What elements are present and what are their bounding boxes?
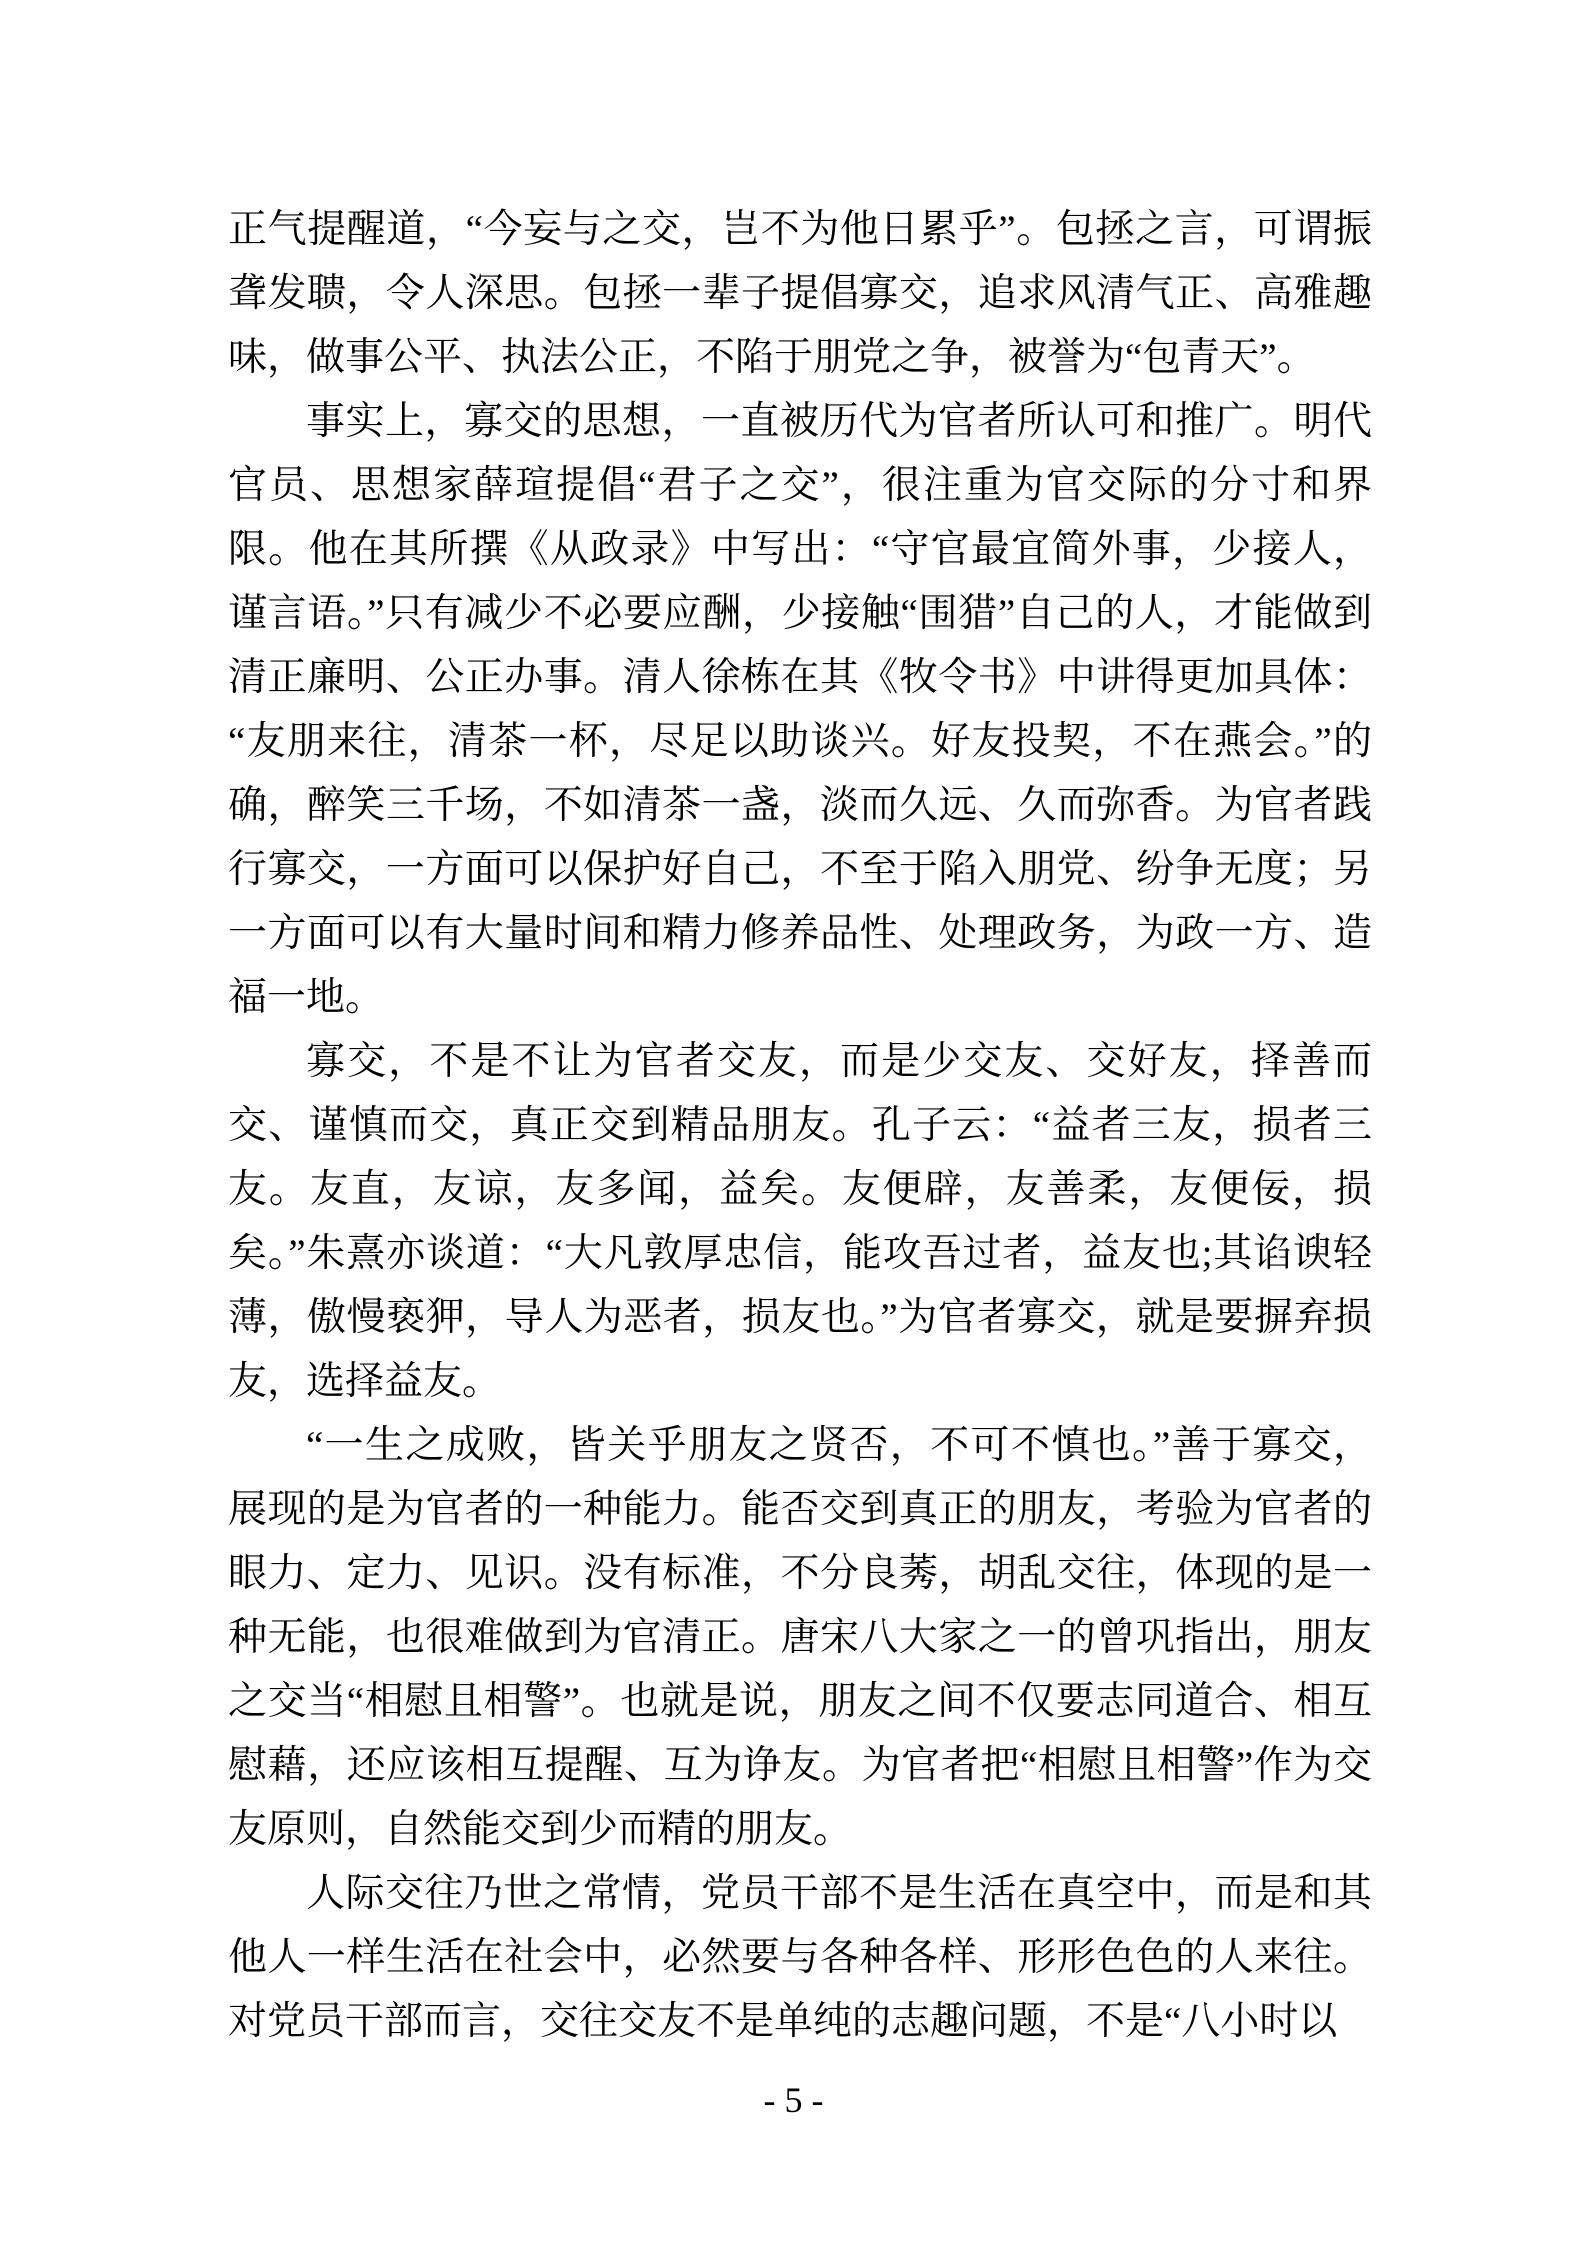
paragraph: 人际交往乃世之常情，党员干部不是生活在真空中，而是和其他人一样生活在社会中，必然…: [228, 1862, 1372, 2054]
page-number: - 5 -: [0, 2078, 1587, 2122]
paragraph: 正气提醒道，“今妄与之交，岂不为他日累乎”。包拯之言，可谓振聋发聩，令人深思。包…: [228, 198, 1372, 390]
paragraph: 事实上，寡交的思想，一直被历代为官者所认可和推广。明代官员、思想家薛瑄提倡“君子…: [228, 390, 1372, 1030]
paragraph: 寡交，不是不让为官者交友，而是少交友、交好友，择善而交、谨慎而交，真正交到精品朋…: [228, 1030, 1372, 1414]
document-page: 正气提醒道，“今妄与之交，岂不为他日累乎”。包拯之言，可谓振聋发聩，令人深思。包…: [0, 0, 1587, 2245]
document-body: 正气提醒道，“今妄与之交，岂不为他日累乎”。包拯之言，可谓振聋发聩，令人深思。包…: [228, 198, 1372, 2054]
paragraph: “一生之成败，皆关乎朋友之贤否，不可不慎也。”善于寡交，展现的是为官者的一种能力…: [228, 1414, 1372, 1862]
